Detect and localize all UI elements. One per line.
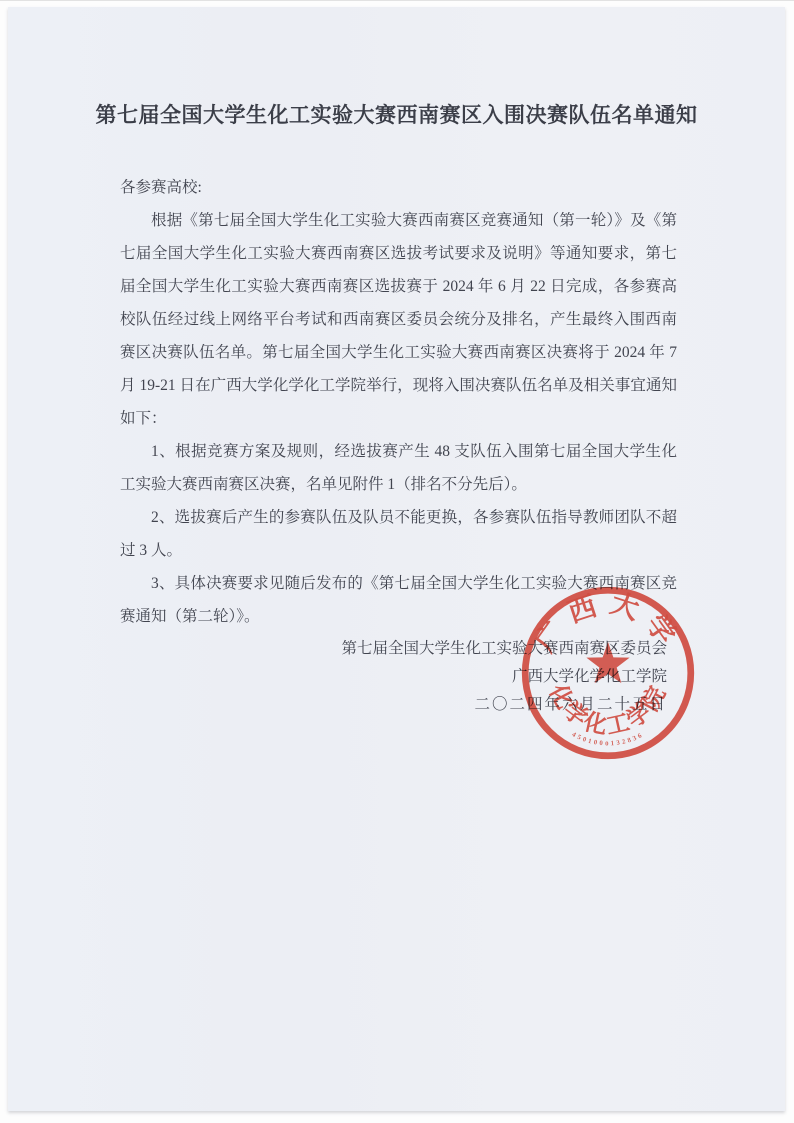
svg-text:化学化工学院: 化学化工学院 [543,679,672,740]
salutation: 各参赛高校: [120,171,677,204]
seal-star-icon [586,642,629,683]
body-paragraph: 根据《第七届全国大学生化工实验大赛西南赛区竞赛通知（第一轮）》及《第七届全国大学… [120,204,677,435]
document-body: 各参赛高校: 根据《第七届全国大学生化工实验大赛西南赛区竞赛通知（第一轮）》及《… [120,171,677,633]
body-paragraph: 2、选拔赛后产生的参赛队伍及队员不能更换，各参赛队伍指导教师团队不超过 3 人。 [120,501,677,567]
seal-bottom-text: 化学化工学院 [543,679,672,740]
official-seal-stamp: 广西大学 化学化工学院 4501000132836 [519,584,697,762]
scan-background: 第七届全国大学生化工实验大赛西南赛区入围决赛队伍名单通知 各参赛高校: 根据《第… [0,0,794,1123]
document-title: 第七届全国大学生化工实验大赛西南赛区入围决赛队伍名单通知 [8,99,785,129]
document-page: 第七届全国大学生化工实验大赛西南赛区入围决赛队伍名单通知 各参赛高校: 根据《第… [8,7,785,1111]
body-paragraph: 1、根据竞赛方案及规则，经选拔赛产生 48 支队伍入围第七届全国大学生化工实验大… [120,435,677,501]
